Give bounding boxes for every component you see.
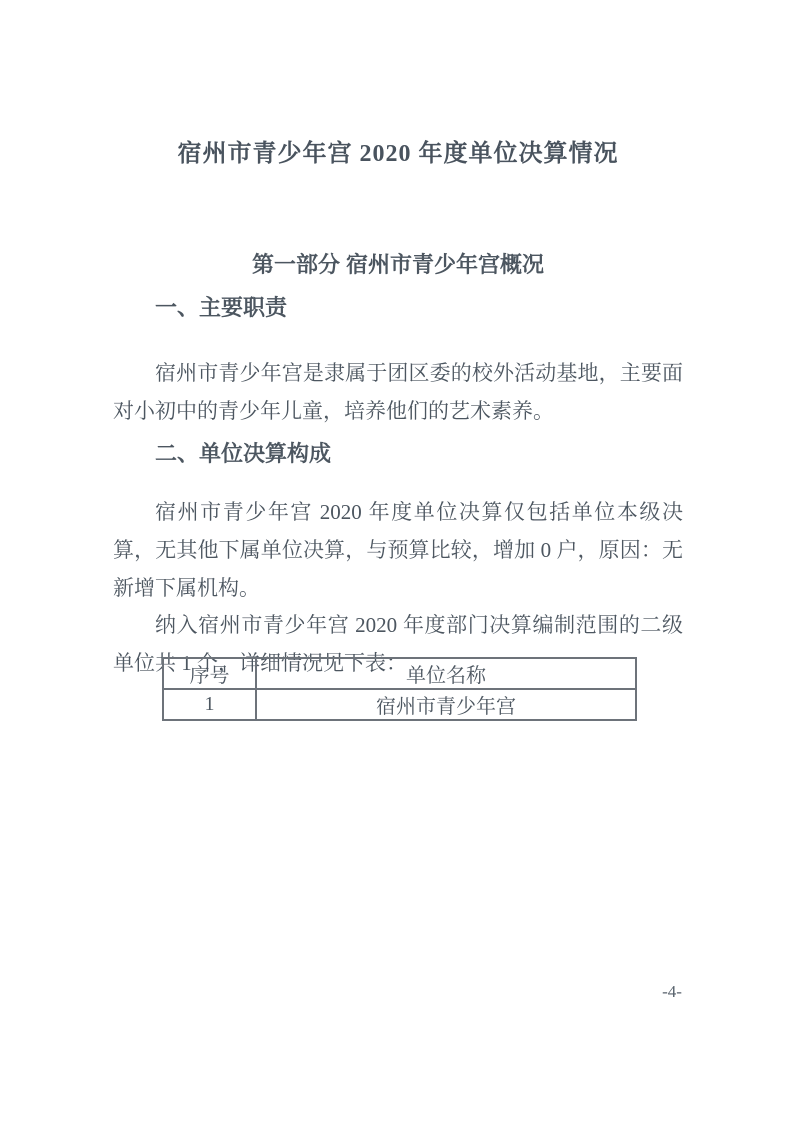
part1-heading: 第一部分 宿州市青少年宫概况 [113, 248, 683, 279]
units-table-header-index: 序号 [163, 658, 256, 689]
section1-paragraph: 宿州市青少年宫是隶属于团区委的校外活动基地，主要面对小初中的青少年儿童，培养他们… [113, 354, 683, 430]
units-table: 序号 单位名称 1 宿州市青少年宫 [162, 657, 637, 721]
document-title: 宿州市青少年宫 2020 年度单位决算情况 [113, 133, 683, 168]
units-table-header-unit-name: 单位名称 [256, 658, 636, 689]
table-row: 1 宿州市青少年宫 [163, 689, 636, 720]
units-table-cell-unit-name: 宿州市青少年宫 [256, 689, 636, 720]
section2-paragraph-1: 宿州市青少年宫 2020 年度单位决算仅包括单位本级决算，无其他下属单位决算，与… [113, 493, 683, 607]
units-table-header-row: 序号 单位名称 [163, 658, 636, 689]
section2-heading: 二、单位决算构成 [155, 437, 331, 468]
document-page: 宿州市青少年宫 2020 年度单位决算情况 第一部分 宿州市青少年宫概况 一、主… [0, 0, 793, 1121]
units-table-cell-index: 1 [163, 689, 256, 720]
section1-heading: 一、主要职责 [155, 291, 287, 322]
page-number: -4- [640, 982, 704, 1002]
